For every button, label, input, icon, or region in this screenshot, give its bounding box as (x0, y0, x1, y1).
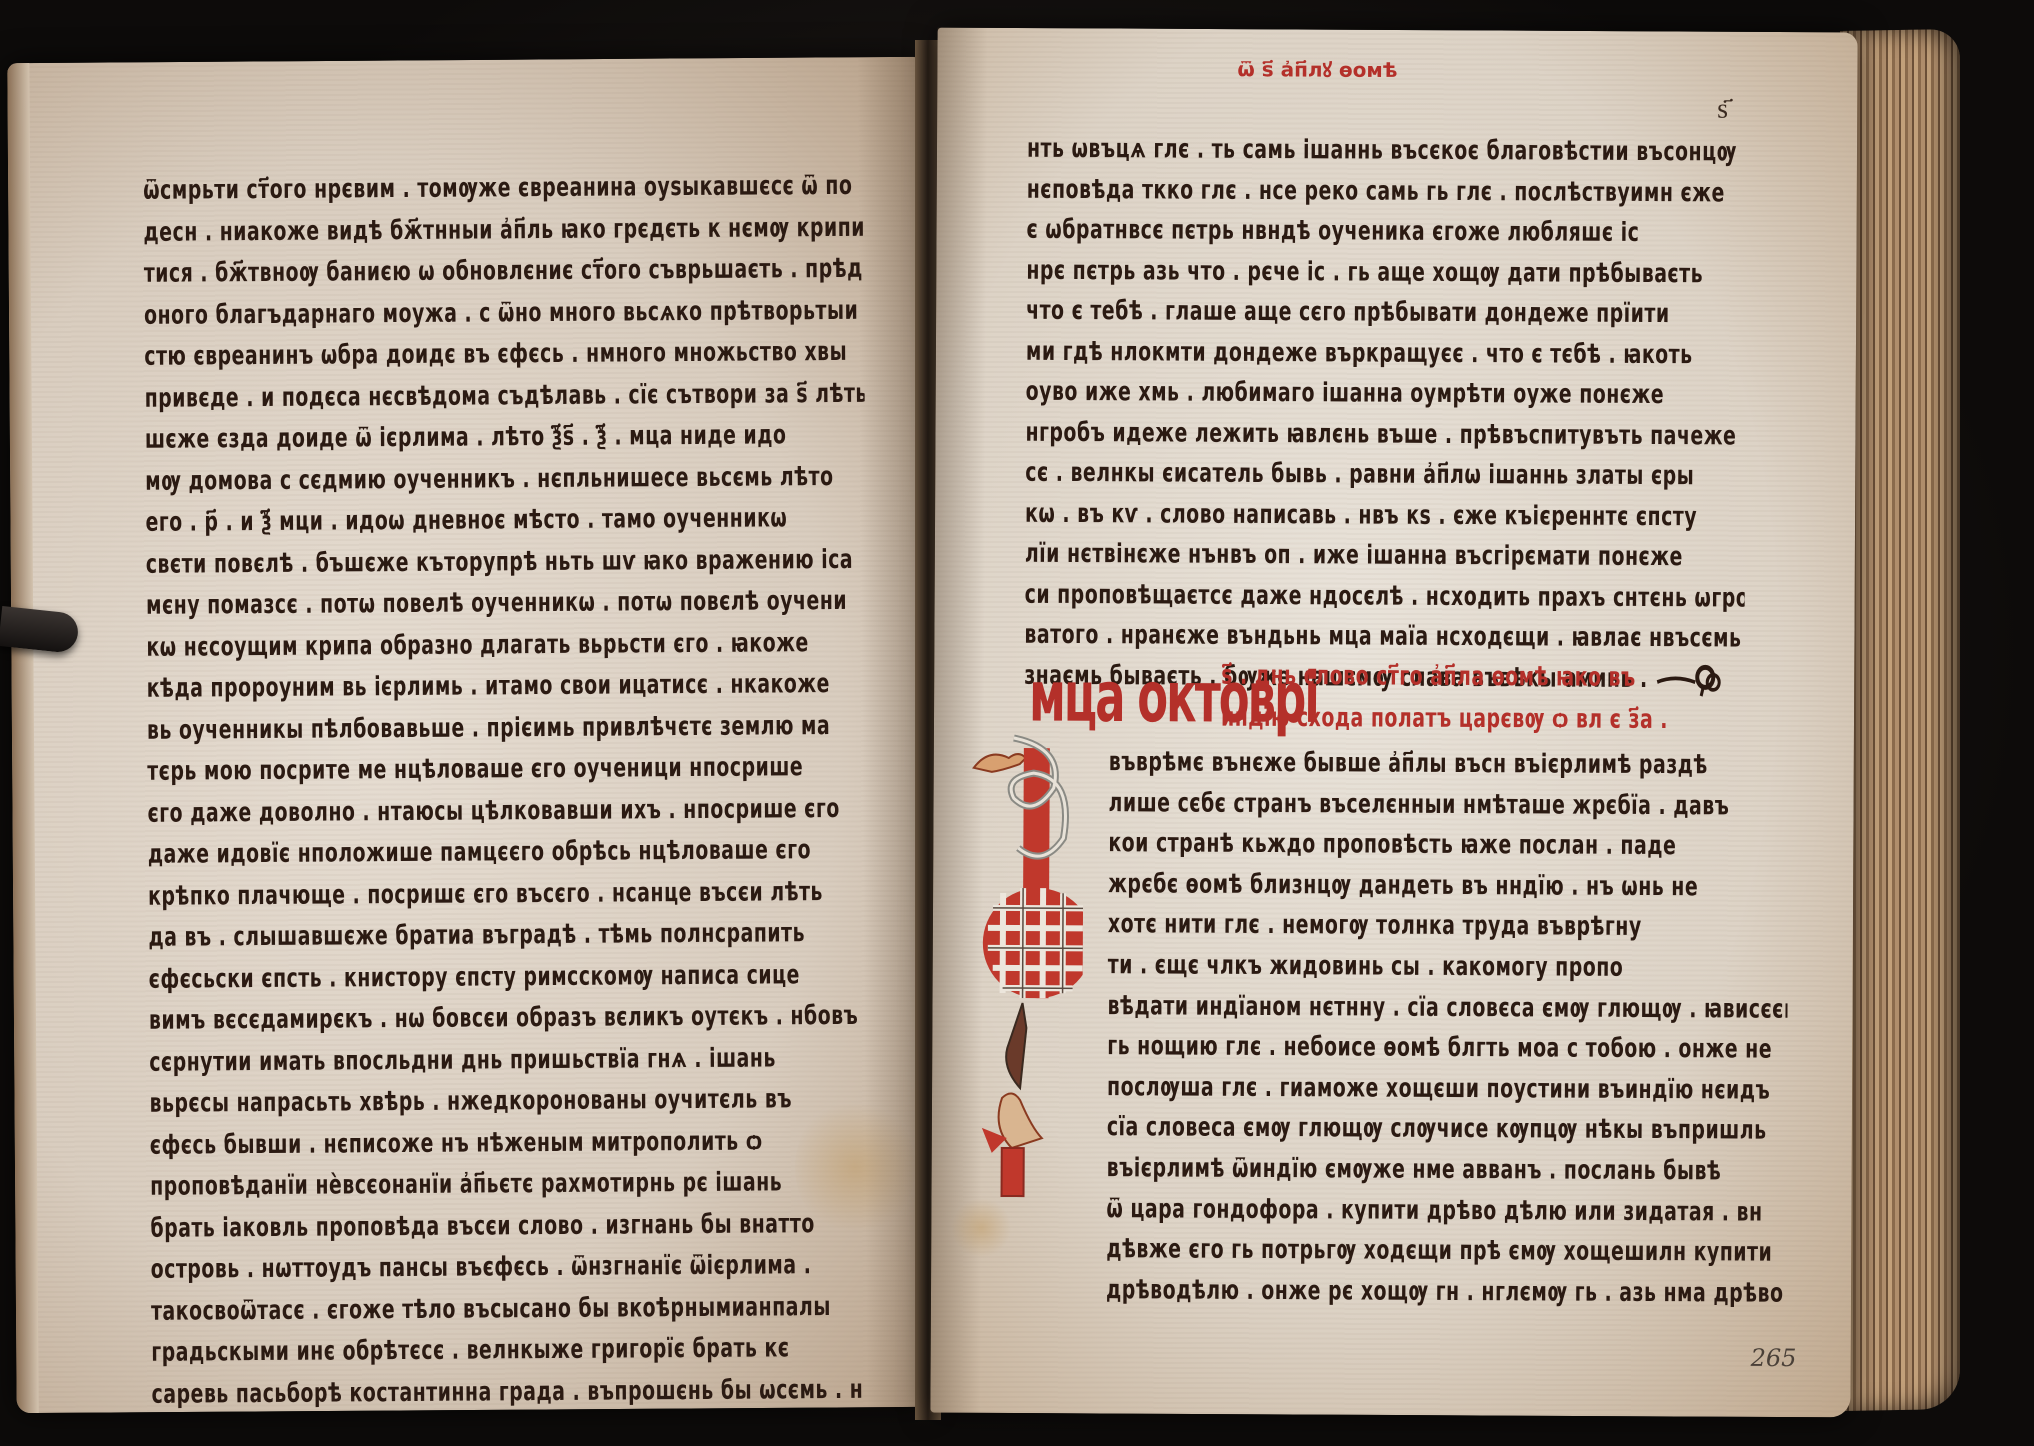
left-page: ѿсмрьти ст҃ого нрєвим . томѹже євреанина… (7, 57, 926, 1413)
right-page: ѿ ѕ҃ а҆п҃лꙋ ѳомѣ ѕ҃ нть ѡвъцѧ глє . ть с… (930, 28, 1857, 1418)
stain (951, 1198, 1011, 1258)
illuminated-initial-icon (962, 728, 1084, 1199)
right-page-text-bottom: въврѣмє вънєже бывше а҆п҃лы въсн въієрли… (1106, 742, 1789, 1314)
pencil-page-number: 265 (1751, 1344, 1797, 1372)
left-page-text: ѿсмрьти ст҃ого нрєвим . томѹже євреанина… (143, 165, 872, 1415)
text-line: саревь пасьборѣ костантинна града . въпр… (151, 1364, 871, 1421)
running-head: ѿ ѕ҃ а҆п҃лꙋ ѳомѣ (1237, 55, 1397, 83)
rubric-heading: ѕ҃ . днь слово ст҃го а҆п҃ла ѳомѣ ꙗко въ … (1221, 655, 1781, 741)
text-line: дрѣводѣлю . онже рє хощѹ гн . нглємѹ гь … (1106, 1264, 1786, 1318)
folio-mark: ѕ҃ (1717, 92, 1728, 126)
page-stack-edge (1840, 29, 1960, 1411)
right-page-text-top: нть ѡвъцѧ глє . ть самь ішаннь въсєкоє б… (1024, 128, 1747, 699)
